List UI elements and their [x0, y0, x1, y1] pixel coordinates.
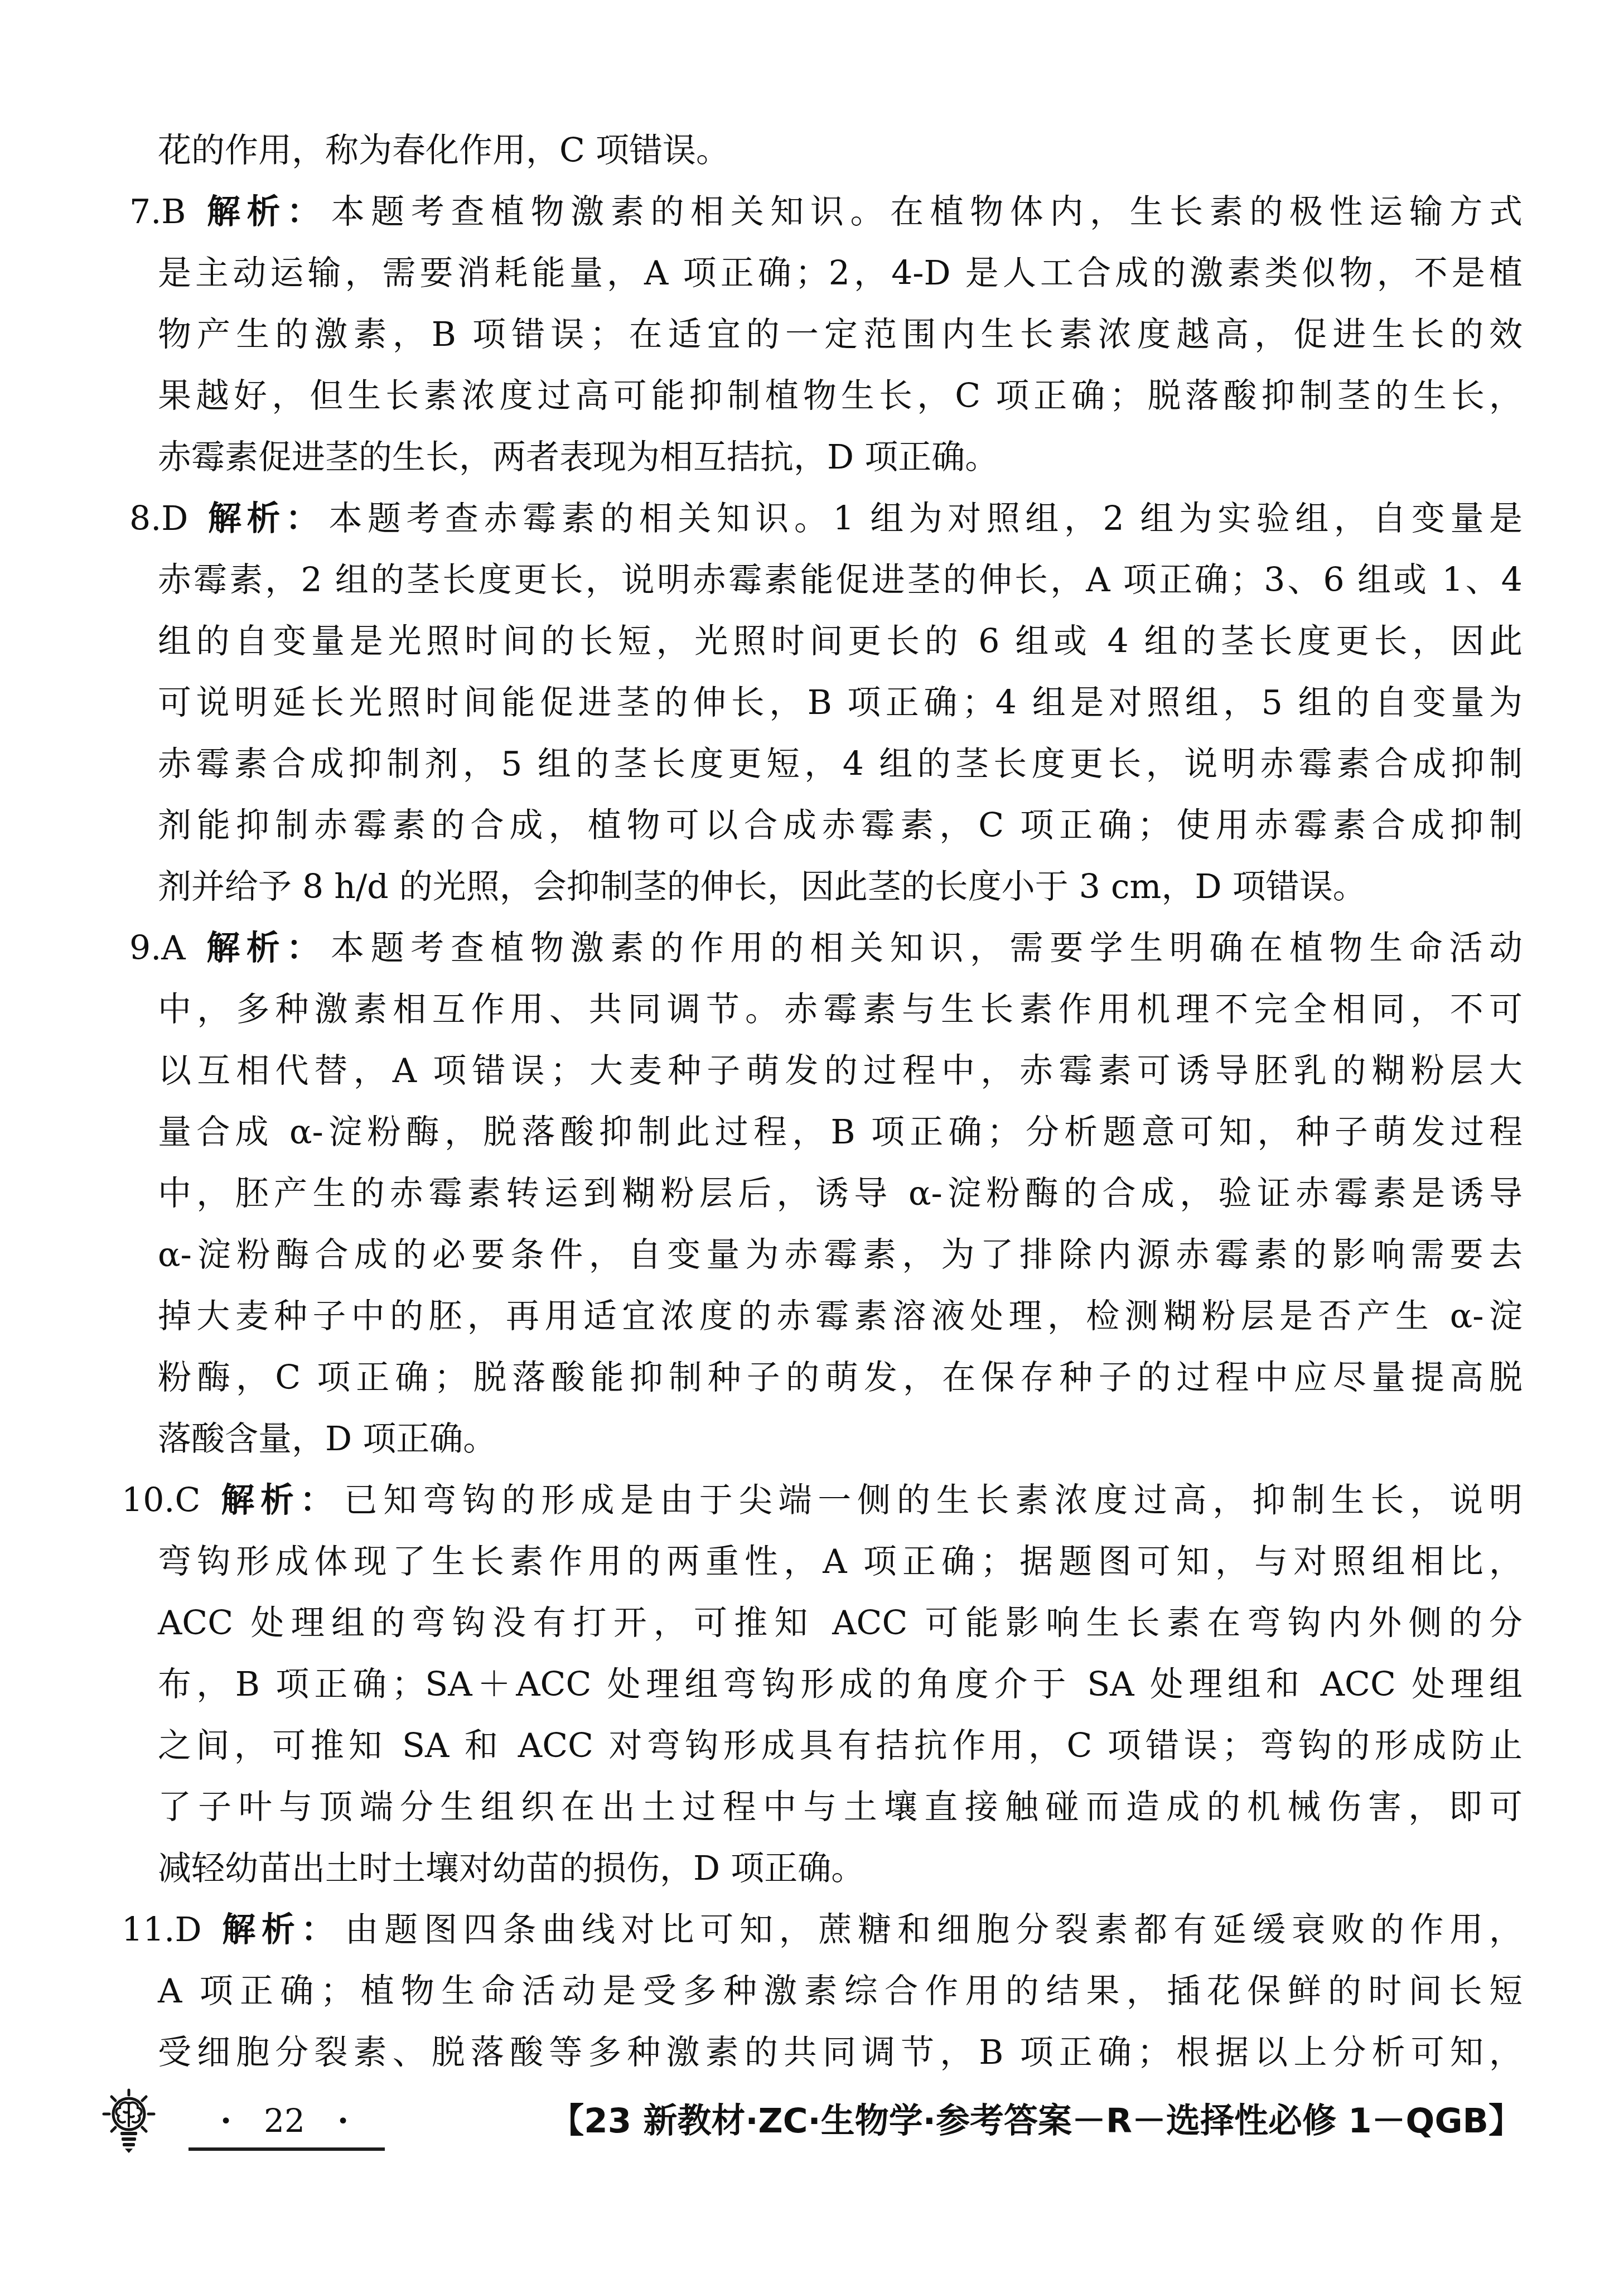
footer-rule: [188, 2147, 385, 2151]
text-line: 弯钩形成体现了生长素作用的两重性，A 项正确；据题图可知，与对照组相比，: [158, 1531, 1522, 1592]
text-line: 8.D解析：本题考查赤霉素的相关知识。1 组为对照组，2 组为实验组，自变量是: [158, 488, 1522, 549]
page-number-dot-left: ·: [220, 2093, 231, 2149]
text-line: A 项正确；植物生命活动是受多种激素综合作用的结果，插花保鲜的时间长短: [158, 1961, 1522, 2022]
text-line: 赤霉素，2 组的茎长度更长，说明赤霉素能促进茎的伸长，A 项正确；3、6 组或 …: [158, 549, 1522, 611]
text-line: 粉酶，C 项正确；脱落酸能抑制种子的萌发，在保存种子的过程中应尽量提高脱: [158, 1347, 1522, 1408]
answers-section: 花的作用，称为春化作用，C 项错误。 7.B解析：本题考查植物激素的相关知识。在…: [158, 120, 1522, 2083]
answer-item-11: 11.D解析：由题图四条曲线对比可知，蔗糖和细胞分裂素都有延缓衰败的作用， A …: [158, 1899, 1522, 2083]
text-line: 9.A解析：本题考查植物激素的作用的相关知识，需要学生明确在植物生命活动: [158, 918, 1522, 979]
text-line: 落酸含量，D 项正确。: [158, 1408, 1522, 1470]
analysis-label: 解析：: [202, 499, 324, 538]
answer-item-9: 9.A解析：本题考查植物激素的作用的相关知识，需要学生明确在植物生命活动 中，多…: [158, 918, 1522, 1470]
page-number-dot-right: ·: [337, 2093, 349, 2149]
question-number: 11.D: [122, 1910, 202, 1949]
answer-text: 已知弯钩的形成是由于尖端一侧的生长素浓度过高，抑制生长，说明: [344, 1481, 1522, 1520]
answer-text: 本题考查植物激素的相关知识。在植物体内，生长素的极性运输方式: [331, 192, 1522, 231]
text-line: ACC 处理组的弯钩没有打开，可推知 ACC 可能影响生长素在弯钩内外侧的分: [158, 1592, 1522, 1654]
answer-text: 本题考查植物激素的作用的相关知识，需要学生明确在植物生命活动: [331, 929, 1522, 968]
answer-item-7: 7.B解析：本题考查植物激素的相关知识。在植物体内，生长素的极性运输方式 是主动…: [158, 181, 1522, 488]
text-line: 是主动运输，需要消耗能量，A 项正确；2，4-D 是人工合成的激素类似物，不是植: [158, 243, 1522, 304]
text-line: 物产生的激素，B 项错误；在适宜的一定范围内生长素浓度越高，促进生长的效: [158, 304, 1522, 365]
text-line: 7.B解析：本题考查植物激素的相关知识。在植物体内，生长素的极性运输方式: [158, 181, 1522, 243]
analysis-label: 解析：: [200, 192, 326, 231]
text-line: α-淀粉酶合成的必要条件，自变量为赤霉素，为了排除内源赤霉素的影响需要去: [158, 1224, 1522, 1286]
page-number: · 22 ·: [167, 2093, 402, 2149]
answer-text: 由题图四条曲线对比可知，蔗糖和细胞分裂素都有延缓衰败的作用，: [345, 1910, 1523, 1949]
question-number: 7.B: [129, 192, 186, 231]
text-line: 花的作用，称为春化作用，C 项错误。: [158, 120, 1522, 181]
footer-edition-info: 【23 新教材·ZC·生物学·参考答案－R－选择性必修 1－QGB】: [550, 2091, 1522, 2152]
lightbulb-brain-icon: [99, 2087, 158, 2155]
question-number: 8.D: [129, 499, 188, 538]
analysis-label: 解析：: [216, 1910, 341, 1949]
answer-text: 本题考查赤霉素的相关知识。1 组为对照组，2 组为实验组，自变量是: [329, 499, 1523, 538]
text-line: 掉大麦种子中的胚，再用适宜浓度的赤霉素溶液处理，检测糊粉层是否产生 α-淀: [158, 1286, 1522, 1347]
answer-item-10: 10.C解析：已知弯钩的形成是由于尖端一侧的生长素浓度过高，抑制生长，说明 弯钩…: [158, 1470, 1522, 1899]
text-line: 中，多种激素相互作用、共同调节。赤霉素与生长素作用机理不完全相同，不可: [158, 979, 1522, 1040]
text-line: 11.D解析：由题图四条曲线对比可知，蔗糖和细胞分裂素都有延缓衰败的作用，: [158, 1899, 1522, 1961]
text-line: 可说明延长光照时间能促进茎的伸长，B 项正确；4 组是对照组，5 组的自变量为: [158, 672, 1522, 733]
question-number: 9.A: [129, 929, 186, 968]
text-line: 中，胚产生的赤霉素转运到糊粉层后，诱导 α-淀粉酶的合成，验证赤霉素是诱导: [158, 1163, 1522, 1224]
text-line: 以互相代替，A 项错误；大麦种子萌发的过程中，赤霉素可诱导胚乳的糊粉层大: [158, 1040, 1522, 1102]
answer-item-8: 8.D解析：本题考查赤霉素的相关知识。1 组为对照组，2 组为实验组，自变量是 …: [158, 488, 1522, 918]
text-line: 了子叶与顶端分生组织在出土过程中与土壤直接触碰而造成的机械伤害，即可: [158, 1777, 1522, 1838]
text-line: 赤霉素合成抑制剂，5 组的茎长度更短，4 组的茎长度更长，说明赤霉素合成抑制: [158, 733, 1522, 795]
text-line: 剂能抑制赤霉素的合成，植物可以合成赤霉素，C 项正确；使用赤霉素合成抑制: [158, 795, 1522, 856]
text-line: 量合成 α-淀粉酶，脱落酸抑制此过程，B 项正确；分析题意可知，种子萌发过程: [158, 1102, 1522, 1163]
text-line: 组的自变量是光照时间的长短，光照时间更长的 6 组或 4 组的茎长度更长，因此: [158, 611, 1522, 672]
page-number-value: 22: [264, 2093, 305, 2149]
text-line: 赤霉素促进茎的生长，两者表现为相互拮抗，D 项正确。: [158, 427, 1522, 488]
text-line: 之间，可推知 SA 和 ACC 对弯钩形成具有拮抗作用，C 项错误；弯钩的形成防…: [158, 1715, 1522, 1777]
text-line: 减轻幼苗出土时土壤对幼苗的损伤，D 项正确。: [158, 1838, 1522, 1899]
document-page: 花的作用，称为春化作用，C 项错误。 7.B解析：本题考查植物激素的相关知识。在…: [0, 0, 1624, 2283]
text-line: 剂并给予 8 h/d 的光照，会抑制茎的伸长，因此茎的长度小于 3 cm，D 项…: [158, 856, 1522, 918]
text-line: 果越好，但生长素浓度过高可能抑制植物生长，C 项正确；脱落酸抑制茎的生长，: [158, 365, 1522, 427]
text-line: 10.C解析：已知弯钩的形成是由于尖端一侧的生长素浓度过高，抑制生长，说明: [158, 1470, 1522, 1531]
text-line: 布，B 项正确；SA＋ACC 处理组弯钩形成的角度介于 SA 处理组和 ACC …: [158, 1654, 1522, 1715]
question-number: 10.C: [122, 1481, 200, 1520]
analysis-label: 解析：: [200, 929, 326, 968]
text-line: 受细胞分裂素、脱落酸等多种激素的共同调节，B 项正确；根据以上分析可知，: [158, 2022, 1522, 2083]
analysis-label: 解析：: [215, 1481, 339, 1520]
